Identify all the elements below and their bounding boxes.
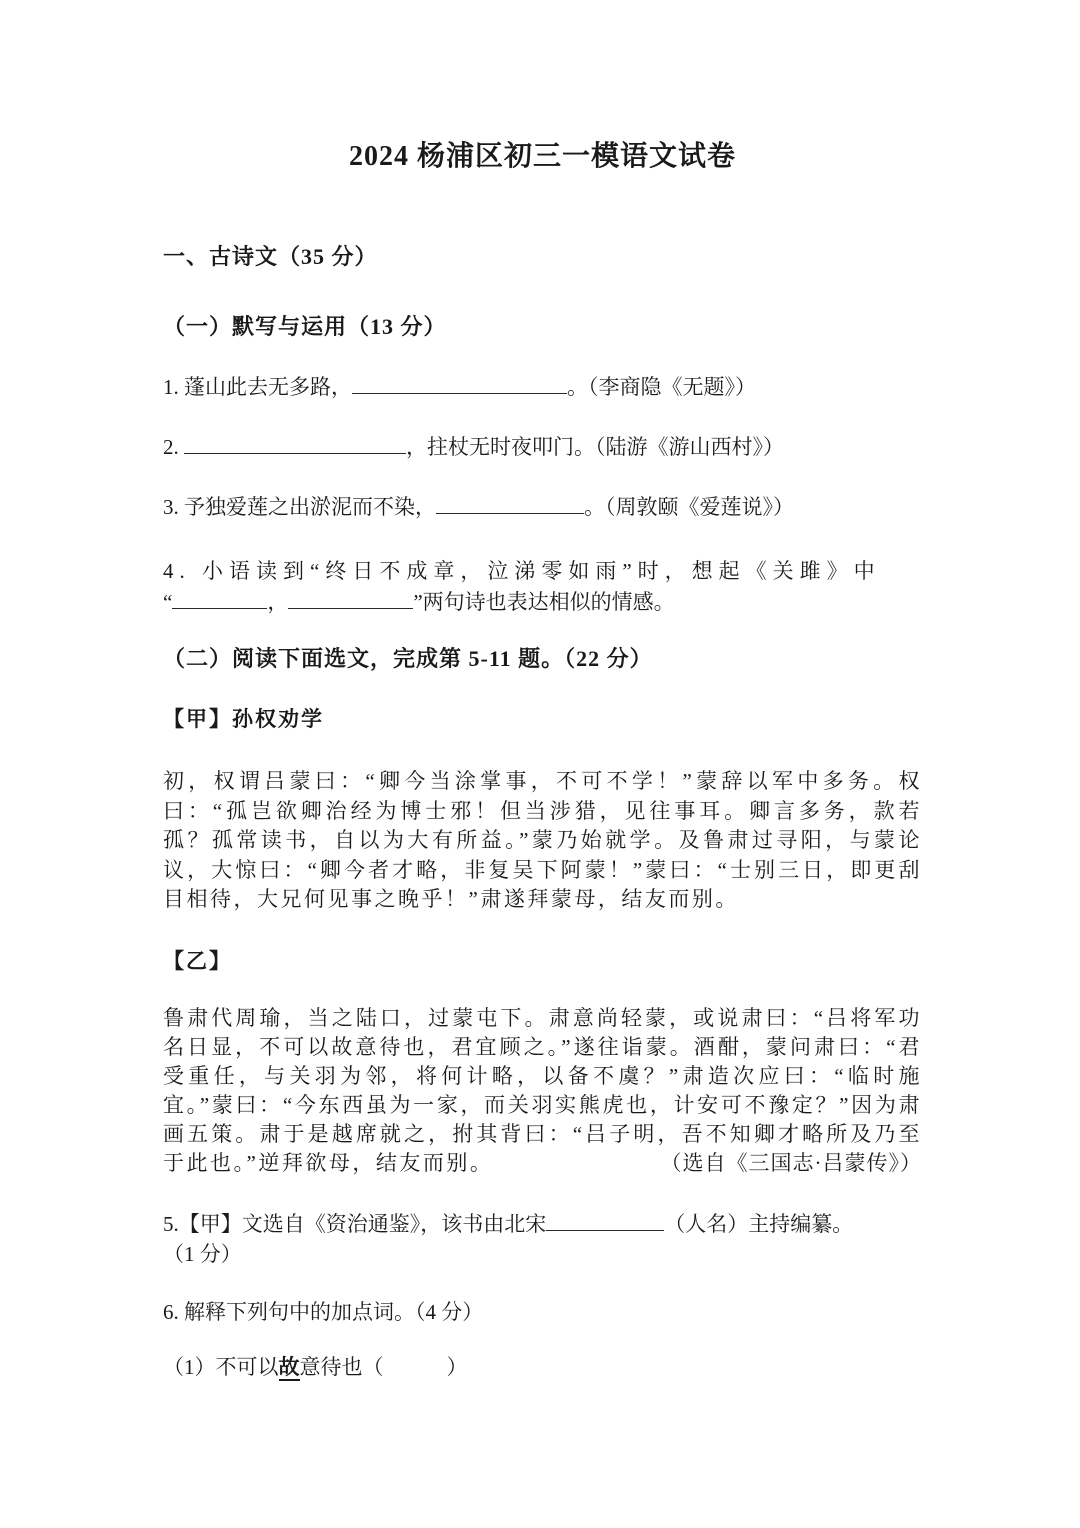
passage-yi: 鲁肃代周瑜，当之陆口，过蒙屯下。肃意尚轻蒙，或说肃曰：“吕将军功名日显，不可以故… [163, 1004, 922, 1178]
question-2-text-pre: 2. [163, 435, 184, 459]
question-1: 1. 蓬山此去无多路，。（李商隐《无题》） [163, 372, 922, 402]
question-5: 5.【甲】文选自《资治通鉴》，该书由北宋（人名）主持编纂。（1 分） [163, 1209, 922, 1269]
answer-blank-4a [172, 587, 267, 609]
part-1-heading: （一）默写与运用（13 分） [163, 312, 922, 342]
answer-blank-4b [288, 587, 413, 609]
exam-paper-page: 2024 杨浦区初三一模语文试卷 一、古诗文（35 分） （一）默写与运用（13… [0, 0, 1080, 1528]
question-3-text-pre: 3. 予独爱莲之出淤泥而不染， [163, 495, 436, 519]
question-6-item1-emphasized-word: 故 [279, 1355, 300, 1381]
question-1-text-post: 。（李商隐《无题》） [567, 375, 756, 399]
question-6-item1: （1）不可以故意待也（ ） [163, 1352, 922, 1382]
passage-jia-text: 初，权谓吕蒙曰：“卿今当涂掌事，不可不学！”蒙辞以军中多务。权曰：“孤岂欲卿治经… [163, 767, 922, 915]
question-1-text-pre: 1. 蓬山此去无多路， [163, 375, 352, 399]
question-3: 3. 予独爱莲之出淤泥而不染，。（周敦颐《爱莲说》） [163, 492, 922, 522]
question-6-stem: 6. 解释下列句中的加点词。（4 分） [163, 1297, 922, 1327]
passage-jia-title: 【甲】孙权劝学 [163, 704, 922, 734]
part-2-heading: （二）阅读下面选文，完成第 5-11 题。（22 分） [163, 644, 922, 674]
question-5-text-pre: 5.【甲】文选自《资治通鉴》，该书由北宋 [163, 1212, 546, 1236]
answer-blank-2 [184, 432, 406, 454]
question-4-comma: ， [267, 590, 288, 614]
passage-yi-title: 【乙】 [163, 946, 922, 976]
question-2-text-post: ，拄杖无时夜叩门。（陆游《游山西村》） [406, 435, 784, 459]
passage-yi-source: （选自《三国志·吕蒙传》） [661, 1149, 923, 1178]
question-6-item1-pre: （1）不可以 [163, 1355, 279, 1379]
page-title: 2024 杨浦区初三一模语文试卷 [163, 140, 922, 174]
question-4-open-quote: “ [163, 590, 172, 614]
question-6-item1-post: 意待也（ ） [300, 1355, 468, 1379]
question-4-line2-post: ”两句诗也表达相似的情感。 [413, 590, 674, 614]
question-3-text-post: 。（周敦颐《爱莲说》） [584, 495, 794, 519]
question-5-score: （1 分） [163, 1242, 242, 1266]
answer-blank-5 [546, 1209, 664, 1231]
section-1-heading: 一、古诗文（35 分） [163, 242, 922, 272]
answer-blank-1 [352, 372, 567, 394]
answer-blank-3 [436, 492, 584, 514]
question-5-text-post: （人名）主持编纂。 [664, 1212, 853, 1236]
question-4-line1: 4. 小语读到“终日不成章，泣涕零如雨”时，想起《关雎》中 [163, 559, 881, 583]
question-4: 4. 小语读到“终日不成章，泣涕零如雨”时，想起《关雎》中“，”两句诗也表达相似… [163, 556, 922, 618]
question-2: 2. ，拄杖无时夜叩门。（陆游《游山西村》） [163, 432, 922, 462]
